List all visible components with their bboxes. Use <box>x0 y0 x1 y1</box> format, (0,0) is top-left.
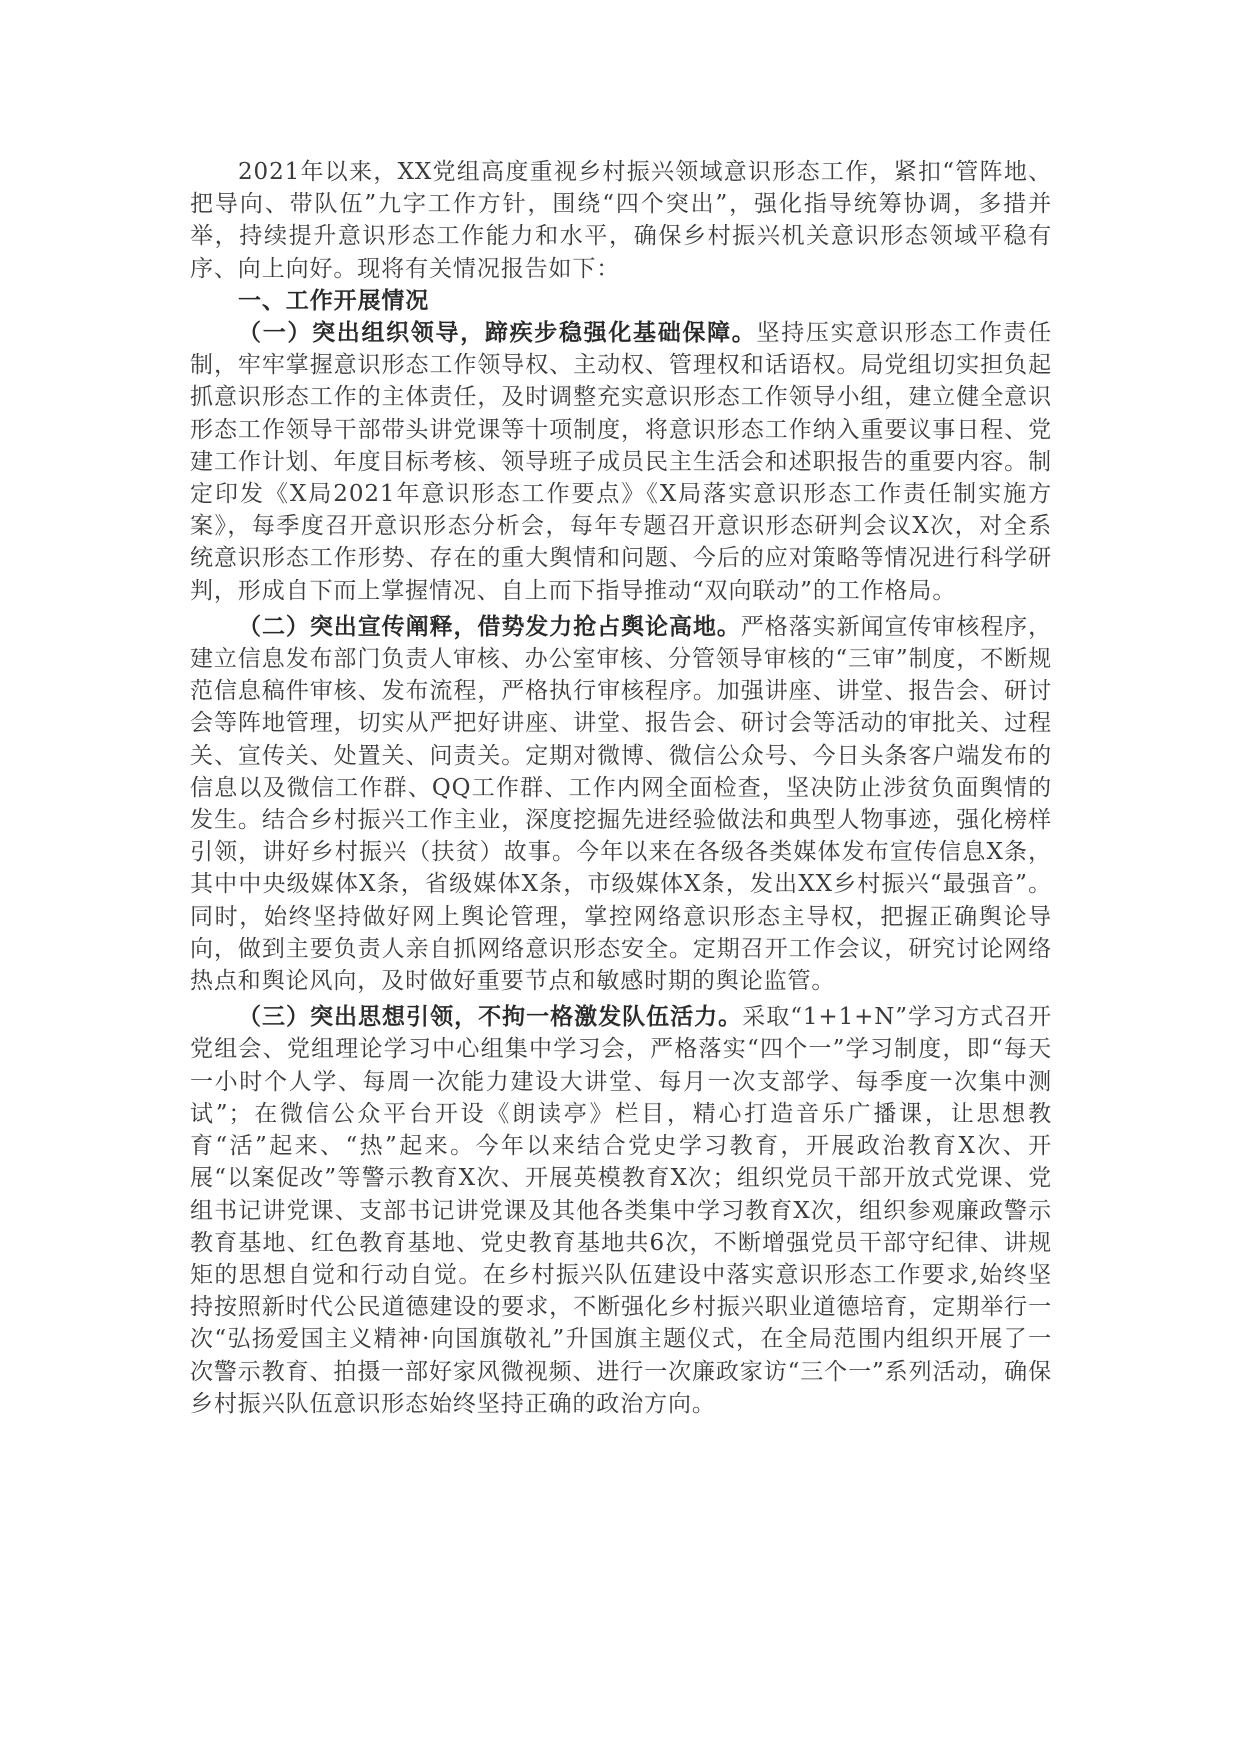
section-heading: 一、工作开展情况 <box>190 285 1052 317</box>
subsection-2-paragraph: （二）突出宣传阐释，借势发力抢占舆论高地。严格落实新闻宣传审核程序，建立信息发布… <box>190 611 1052 997</box>
subsection-1-lead: （一）突出组织领导，蹄疾步稳强化基础保障。 <box>238 320 757 346</box>
subsection-1-paragraph: （一）突出组织领导，蹄疾步稳强化基础保障。坚持压实意识形态工作责任制，牢牢掌握意… <box>190 317 1052 607</box>
subsection-3-lead: （三）突出思想引领，不拘一格激发队伍活力。 <box>238 1004 742 1030</box>
subsection-3-paragraph: （三）突出思想引领，不拘一格激发队伍活力。采取“1+1+N”学习方式召开党组会、… <box>190 1001 1052 1420</box>
subsection-1-body: 坚持压实意识形态工作责任制，牢牢掌握意识形态工作领导权、主动权、管理权和话语权。… <box>190 320 1052 604</box>
intro-paragraph: 2021年以来，XX党组高度重视乡村振兴领域意识形态工作，紧扣“管阵地、把导向、… <box>190 156 1052 285</box>
subsection-2-body: 严格落实新闻宣传审核程序，建立信息发布部门负责人审核、办公室审核、分管领导审核的… <box>190 614 1052 994</box>
subsection-2-lead: （二）突出宣传阐释，借势发力抢占舆论高地。 <box>238 614 741 640</box>
document-page: 2021年以来，XX党组高度重视乡村振兴领域意识形态工作，紧扣“管阵地、把导向、… <box>190 156 1052 1420</box>
subsection-3-body: 采取“1+1+N”学习方式召开党组会、党组理论学习中心组集中学习会，严格落实“四… <box>190 1004 1052 1416</box>
